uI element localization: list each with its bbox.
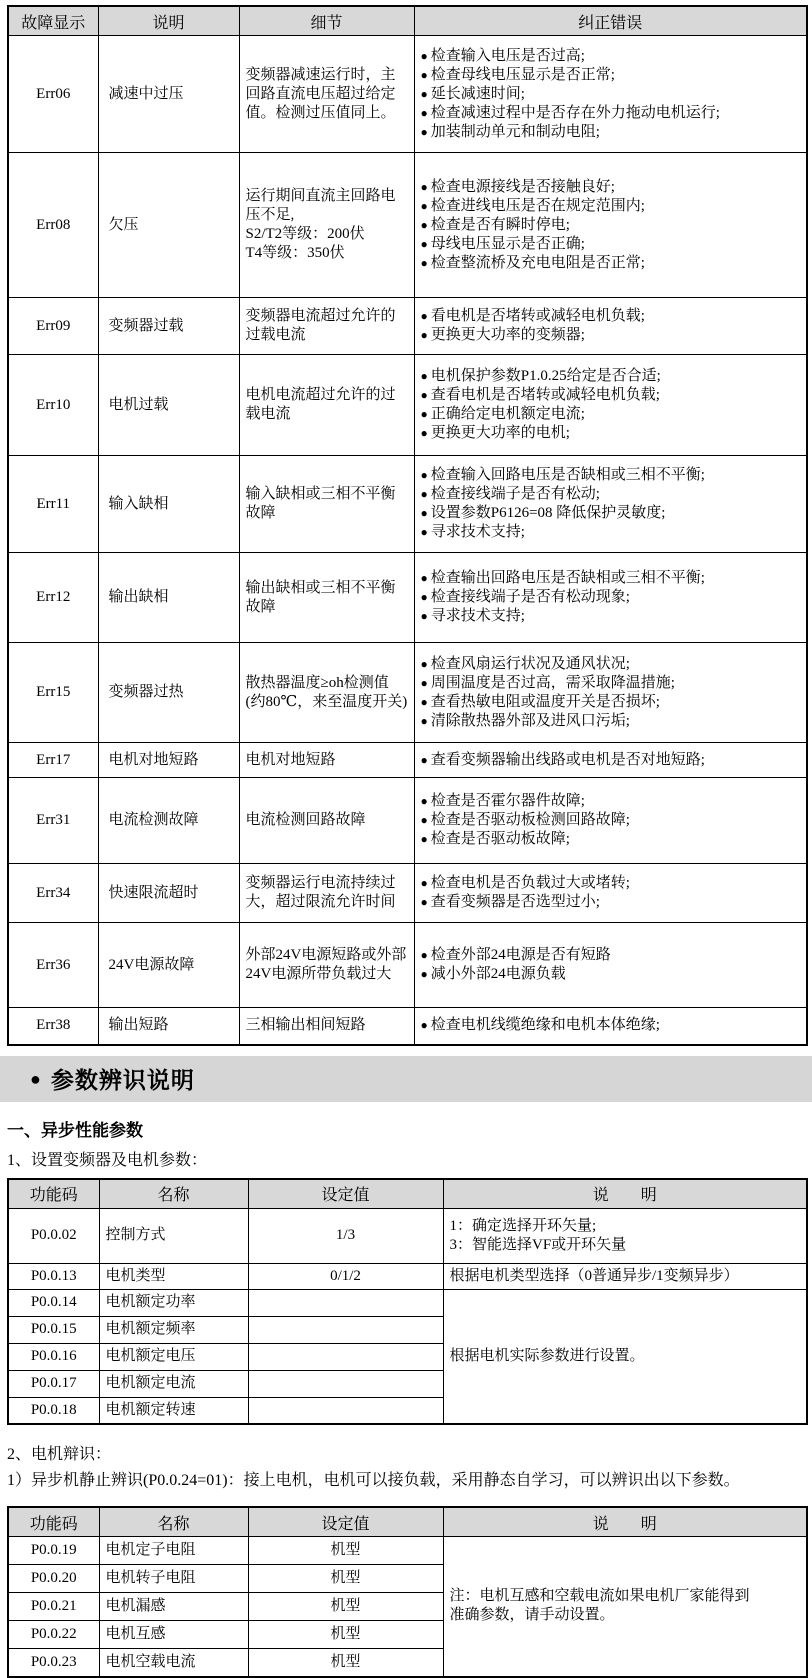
fault-detail-cell: 电机对地短路 <box>239 743 414 778</box>
fix-text: 寻求技术支持; <box>431 523 525 542</box>
bullet-icon: ● <box>421 235 428 254</box>
fault-code-cell: Err38 <box>8 1008 98 1045</box>
fix-item: ●设置参数P6126=08 降低保护灵敏度; <box>421 504 801 523</box>
fix-text: 检查是否霍尔器件故障; <box>431 792 585 811</box>
section-title: 参数辨识说明 <box>51 1062 195 1095</box>
bullet-icon: ● <box>421 424 428 443</box>
fault-detail-cell: 电机电流超过允许的过载电流 <box>239 355 414 456</box>
table-row: Err31电流检测故障电流检测回路故障●检查是否霍尔器件故障;●检查是否驱动板检… <box>8 778 807 864</box>
column-header: 说 明 <box>443 1179 807 1209</box>
fix-item: ●减小外部24电源负载 <box>421 965 801 984</box>
param-name-cell: 电机额定频率 <box>99 1316 248 1343</box>
param-note-cell: 注：电机互感和空载电流如果电机厂家能得到 准确参数，请手动设置。 <box>443 1537 807 1677</box>
fix-item: ●检查整流桥及充电电阻是否正常; <box>421 254 801 273</box>
fault-desc-cell: 电机过载 <box>98 355 239 456</box>
table-row: P0.0.19电机定子电阻机型注：电机互感和空载电流如果电机厂家能得到 准确参数… <box>8 1537 807 1565</box>
fault-fix-cell: ●检查电机线缆绝缘和电机本体绝缘; <box>414 1008 807 1045</box>
fix-item: ●更换更大功率的变频器; <box>421 326 801 345</box>
param-value-cell: 1/3 <box>248 1208 443 1263</box>
table-row: P0.0.14电机额定功率根据电机实际参数进行设置。 <box>8 1289 807 1316</box>
fix-text: 查看变频器是否选型过小; <box>431 893 600 912</box>
fix-text: 正确给定电机额定电流; <box>431 405 585 424</box>
fix-item: ●检查是否霍尔器件故障; <box>421 792 801 811</box>
bullet-icon: ● <box>421 674 428 693</box>
fix-text: 看电机是否堵转或减轻电机负载; <box>431 307 645 326</box>
fault-desc-cell: 电流检测故障 <box>98 778 239 864</box>
table-row: Err34快速限流超时变频器运行电流持续过大，超过限流允许时间●检查电机是否负载… <box>8 864 807 923</box>
fix-text: 设置参数P6126=08 降低保护灵敏度; <box>431 504 666 523</box>
param-code-cell: P0.0.17 <box>8 1370 99 1397</box>
bullet-icon: ● <box>421 712 428 731</box>
param-value-cell: 机型 <box>248 1537 443 1565</box>
param-code-cell: P0.0.16 <box>8 1343 99 1370</box>
fix-text: 检查是否有瞬时停电; <box>431 216 570 235</box>
param-name-cell: 电机互感 <box>99 1621 248 1649</box>
section-header-bar: ● 参数辨识说明 <box>0 1056 812 1102</box>
column-header: 纠正错误 <box>414 6 807 36</box>
table-row: Err09变频器过载变频器电流超过允许的过载电流●看电机是否堵转或减轻电机负载;… <box>8 298 807 355</box>
fix-item: ●周围温度是否过高，需采取降温措施; <box>421 674 801 693</box>
fix-text: 检查减速过程中是否存在外力拖动电机运行; <box>431 104 720 123</box>
fix-item: ●母线电压显示是否正确; <box>421 235 801 254</box>
bullet-icon: ● <box>421 485 428 504</box>
bullet-icon: ● <box>421 693 428 712</box>
fault-code-cell: Err10 <box>8 355 98 456</box>
fault-desc-cell: 输出短路 <box>98 1008 239 1045</box>
table-row: Err17电机对地短路电机对地短路●查看变频器输出线路或电机是否对地短路; <box>8 743 807 778</box>
bullet-icon: ● <box>421 466 428 485</box>
param-name-cell: 电机额定功率 <box>99 1289 248 1316</box>
bullet-icon: ● <box>421 386 428 405</box>
table-row: P0.0.02控制方式1/31：确定选择开环矢量; 3：智能选择VF或开环矢量 <box>8 1208 807 1263</box>
param-value-cell: 机型 <box>248 1621 443 1649</box>
param-value-cell <box>248 1397 443 1424</box>
param-code-cell: P0.0.18 <box>8 1397 99 1424</box>
fault-code-cell: Err17 <box>8 743 98 778</box>
bullet-icon: ● <box>421 965 428 984</box>
param-name-cell: 电机额定转速 <box>99 1397 248 1424</box>
fix-text: 检查输入电压是否过高; <box>431 47 585 66</box>
table-row: Err38输出短路三相输出相间短路●检查电机线缆绝缘和电机本体绝缘; <box>8 1008 807 1045</box>
fault-code-cell: Err36 <box>8 923 98 1008</box>
fix-item: ●正确给定电机额定电流; <box>421 405 801 424</box>
bullet-icon: ● <box>421 569 428 588</box>
bullet-icon: ● <box>421 326 428 345</box>
column-header: 设定值 <box>248 1179 443 1209</box>
bullet-icon: ● <box>421 588 428 607</box>
fault-detail-cell: 输入缺相或三相不平衡故障 <box>239 456 414 553</box>
fault-fix-cell: ●检查输出回路电压是否缺相或三相不平衡;●检查接线端子是否有松动现象;●寻求技术… <box>414 553 807 643</box>
param-code-cell: P0.0.15 <box>8 1316 99 1343</box>
fault-desc-cell: 输入缺相 <box>98 456 239 553</box>
bullet-icon: ● <box>421 216 428 235</box>
fix-text: 检查接线端子是否有松动; <box>431 485 600 504</box>
fix-item: ●检查电机是否负载过大或堵转; <box>421 874 801 893</box>
fault-desc-cell: 欠压 <box>98 153 239 298</box>
fix-text: 延长减速时间; <box>431 85 525 104</box>
param-name-cell: 电机转子电阻 <box>99 1565 248 1593</box>
subsection-heading: 一、异步性能参数 <box>7 1116 806 1141</box>
param-code-cell: P0.0.22 <box>8 1621 99 1649</box>
fault-desc-cell: 变频器过热 <box>98 643 239 743</box>
bullet-icon: ● <box>421 254 428 273</box>
table-row: Err3624V电源故障外部24V电源短路或外部24V电源所带负载过大●检查外部… <box>8 923 807 1008</box>
manual-page: 故障显示说明细节纠正错误Err06减速中过压变频器减速运行时，主回路直流电压超过… <box>0 0 812 1678</box>
param-value-cell: 机型 <box>248 1593 443 1621</box>
param-value-cell: 0/1/2 <box>248 1263 443 1289</box>
bullet-icon: ● <box>421 307 428 326</box>
fix-text: 更换更大功率的变频器; <box>431 326 585 345</box>
bullet-icon: ● <box>421 811 428 830</box>
fault-detail-cell: 变频器减速运行时，主回路直流电压超过给定值。检测过压值同上。 <box>239 36 414 153</box>
fault-code-cell: Err12 <box>8 553 98 643</box>
param-note-cell: 1：确定选择开环矢量; 3：智能选择VF或开环矢量 <box>443 1208 807 1263</box>
column-header: 说明 <box>98 6 239 36</box>
fault-detail-cell: 变频器运行电流持续过大，超过限流允许时间 <box>239 864 414 923</box>
bullet-icon: ● <box>421 1016 428 1035</box>
fault-desc-cell: 变频器过载 <box>98 298 239 355</box>
fix-text: 检查是否驱动板检测回路故障; <box>431 811 630 830</box>
fix-item: ●查看变频器输出线路或电机是否对地短路; <box>421 751 801 770</box>
fix-text: 寻求技术支持; <box>431 607 525 626</box>
param-name-cell: 电机定子电阻 <box>99 1537 248 1565</box>
fix-item: ●延长减速时间; <box>421 85 801 104</box>
bullet-icon: ● <box>421 197 428 216</box>
fault-fix-cell: ●检查电源接线是否接触良好;●检查进线电压是否在规定范围内;●检查是否有瞬时停电… <box>414 153 807 298</box>
bullet-icon: ● <box>421 504 428 523</box>
bullet-icon: ● <box>421 523 428 542</box>
fix-item: ●电机保护参数P1.0.25给定是否合适; <box>421 367 801 386</box>
param-table-setup: 功能码名称设定值说 明P0.0.02控制方式1/31：确定选择开环矢量; 3：智… <box>7 1178 808 1426</box>
fault-fix-cell: ●看电机是否堵转或减轻电机负载;●更换更大功率的变频器; <box>414 298 807 355</box>
fix-item: ●检查电源接线是否接触良好; <box>421 178 801 197</box>
step2-description: 1）异步机静止辨识(P0.0.24=01)：接上电机，电机可以接负载，采用静态自… <box>7 1468 806 1494</box>
bullet-icon: ● <box>421 85 428 104</box>
fault-fix-cell: ●检查风扇运行状况及通风状况;●周围温度是否过高，需采取降温措施;●查看热敏电阻… <box>414 643 807 743</box>
bullet-icon: ● <box>421 830 428 849</box>
param-name-cell: 电机额定电压 <box>99 1343 248 1370</box>
fault-detail-cell: 外部24V电源短路或外部24V电源所带负载过大 <box>239 923 414 1008</box>
fault-detail-cell: 电流检测回路故障 <box>239 778 414 864</box>
fault-fix-cell: ●检查是否霍尔器件故障;●检查是否驱动板检测回路故障;●检查是否驱动板故障; <box>414 778 807 864</box>
fix-text: 电机保护参数P1.0.25给定是否合适; <box>431 367 661 386</box>
fault-fix-cell: ●检查外部24电源是否有短路●减小外部24电源负载 <box>414 923 807 1008</box>
column-header: 功能码 <box>8 1507 99 1537</box>
param-value-cell <box>248 1289 443 1316</box>
param-code-cell: P0.0.02 <box>8 1208 99 1263</box>
fix-text: 查看电机是否堵转或减轻电机负载; <box>431 386 660 405</box>
fix-text: 减小外部24电源负载 <box>431 965 566 984</box>
param-code-cell: P0.0.23 <box>8 1649 99 1677</box>
table-row: Err12输出缺相输出缺相或三相不平衡故障●检查输出回路电压是否缺相或三相不平衡… <box>8 553 807 643</box>
bullet-icon: ● <box>421 946 428 965</box>
fix-text: 母线电压显示是否正确; <box>431 235 585 254</box>
fault-code-cell: Err06 <box>8 36 98 153</box>
fault-desc-cell: 24V电源故障 <box>98 923 239 1008</box>
bullet-icon: ● <box>421 655 428 674</box>
section-bullet-icon: ● <box>30 1070 41 1088</box>
fix-item: ●看电机是否堵转或减轻电机负载; <box>421 307 801 326</box>
column-header: 名称 <box>99 1507 248 1537</box>
table-row: Err15变频器过热散热器温度≥oh检测值(约80℃，来至温度开关)●检查风扇运… <box>8 643 807 743</box>
bullet-icon: ● <box>421 66 428 85</box>
fix-text: 检查外部24电源是否有短路 <box>431 946 611 965</box>
fix-text: 检查母线电压显示是否正常; <box>431 66 615 85</box>
fault-table: 故障显示说明细节纠正错误Err06减速中过压变频器减速运行时，主回路直流电压超过… <box>7 5 808 1046</box>
fix-text: 检查接线端子是否有松动现象; <box>431 588 630 607</box>
table-row: Err08欠压运行期间直流主回路电压不足, S2/T2等级：200伏 T4等级：… <box>8 153 807 298</box>
header-row: 功能码名称设定值说 明 <box>8 1179 807 1209</box>
fix-text: 加装制动单元和制动电阻; <box>431 123 600 142</box>
fault-code-cell: Err15 <box>8 643 98 743</box>
fix-item: ●检查输入回路电压是否缺相或三相不平衡; <box>421 466 801 485</box>
param-name-cell: 电机额定电流 <box>99 1370 248 1397</box>
fix-item: ●检查接线端子是否有松动现象; <box>421 588 801 607</box>
param-code-cell: P0.0.21 <box>8 1593 99 1621</box>
table-row: P0.0.13电机类型0/1/2根据电机类型选择（0普通异步/1变频异步） <box>8 1263 807 1289</box>
param-name-cell: 电机类型 <box>99 1263 248 1289</box>
column-header: 名称 <box>99 1179 248 1209</box>
bullet-icon: ● <box>421 874 428 893</box>
fault-fix-cell: ●检查输入回路电压是否缺相或三相不平衡;●检查接线端子是否有松动;●设置参数P6… <box>414 456 807 553</box>
fix-text: 查看热敏电阻或温度开关是否损坏; <box>431 693 660 712</box>
fix-item: ●检查是否驱动板检测回路故障; <box>421 811 801 830</box>
fault-detail-cell: 三相输出相间短路 <box>239 1008 414 1045</box>
param-code-cell: P0.0.19 <box>8 1537 99 1565</box>
step1-label: 1、设置变频器及电机参数： <box>7 1147 806 1170</box>
column-header: 故障显示 <box>8 6 98 36</box>
fix-item: ●寻求技术支持; <box>421 523 801 542</box>
param-name-cell: 电机漏感 <box>99 1593 248 1621</box>
fault-fix-cell: ●电机保护参数P1.0.25给定是否合适;●查看电机是否堵转或减轻电机负载;●正… <box>414 355 807 456</box>
param-value-cell <box>248 1370 443 1397</box>
fix-item: ●清除散热器外部及进风口污垢; <box>421 712 801 731</box>
table-row: Err06减速中过压变频器减速运行时，主回路直流电压超过给定值。检测过压值同上。… <box>8 36 807 153</box>
fault-code-cell: Err08 <box>8 153 98 298</box>
fix-text: 检查电机线缆绝缘和电机本体绝缘; <box>431 1016 660 1035</box>
fault-desc-cell: 电机对地短路 <box>98 743 239 778</box>
bullet-icon: ● <box>421 47 428 66</box>
fix-item: ●查看变频器是否选型过小; <box>421 893 801 912</box>
fix-text: 检查进线电压是否在规定范围内; <box>431 197 645 216</box>
param-value-cell: 机型 <box>248 1565 443 1593</box>
fault-detail-cell: 运行期间直流主回路电压不足, S2/T2等级：200伏 T4等级：350伏 <box>239 153 414 298</box>
fix-item: ●检查母线电压显示是否正常; <box>421 66 801 85</box>
bullet-icon: ● <box>421 893 428 912</box>
fault-fix-cell: ●查看变频器输出线路或电机是否对地短路; <box>414 743 807 778</box>
fault-desc-cell: 输出缺相 <box>98 553 239 643</box>
fix-text: 检查电机是否负载过大或堵转; <box>431 874 630 893</box>
fault-code-cell: Err09 <box>8 298 98 355</box>
bullet-icon: ● <box>421 123 428 142</box>
param-note-cell: 根据电机类型选择（0普通异步/1变频异步） <box>443 1263 807 1289</box>
fix-text: 检查风扇运行状况及通风状况; <box>431 655 630 674</box>
param-name-cell: 控制方式 <box>99 1208 248 1263</box>
fix-item: ●检查输出回路电压是否缺相或三相不平衡; <box>421 569 801 588</box>
fix-text: 清除散热器外部及进风口污垢; <box>431 712 630 731</box>
fault-desc-cell: 减速中过压 <box>98 36 239 153</box>
fix-item: ●检查外部24电源是否有短路 <box>421 946 801 965</box>
fix-text: 检查输入回路电压是否缺相或三相不平衡; <box>431 466 705 485</box>
fix-item: ●检查减速过程中是否存在外力拖动电机运行; <box>421 104 801 123</box>
column-header: 功能码 <box>8 1179 99 1209</box>
param-code-cell: P0.0.14 <box>8 1289 99 1316</box>
fix-item: ●检查电机线缆绝缘和电机本体绝缘; <box>421 1016 801 1035</box>
column-header: 设定值 <box>248 1507 443 1537</box>
step2-label: 2、电机辩识： <box>7 1441 806 1464</box>
fix-text: 周围温度是否过高，需采取降温措施; <box>431 674 675 693</box>
param-code-cell: P0.0.20 <box>8 1565 99 1593</box>
param-code-cell: P0.0.13 <box>8 1263 99 1289</box>
bullet-icon: ● <box>421 405 428 424</box>
fault-code-cell: Err34 <box>8 864 98 923</box>
header-row: 故障显示说明细节纠正错误 <box>8 6 807 36</box>
fault-detail-cell: 变频器电流超过允许的过载电流 <box>239 298 414 355</box>
fix-item: ●检查进线电压是否在规定范围内; <box>421 197 801 216</box>
bullet-icon: ● <box>421 792 428 811</box>
fault-detail-cell: 输出缺相或三相不平衡故障 <box>239 553 414 643</box>
fix-item: ●检查接线端子是否有松动; <box>421 485 801 504</box>
table-row: Err11输入缺相输入缺相或三相不平衡故障●检查输入回路电压是否缺相或三相不平衡… <box>8 456 807 553</box>
bullet-icon: ● <box>421 607 428 626</box>
fault-code-cell: Err11 <box>8 456 98 553</box>
fix-item: ●加装制动单元和制动电阻; <box>421 123 801 142</box>
fix-item: ●寻求技术支持; <box>421 607 801 626</box>
fix-text: 检查输出回路电压是否缺相或三相不平衡; <box>431 569 705 588</box>
fix-text: 更换更大功率的电机; <box>431 424 570 443</box>
fault-fix-cell: ●检查电机是否负载过大或堵转;●查看变频器是否选型过小; <box>414 864 807 923</box>
fault-detail-cell: 散热器温度≥oh检测值(约80℃，来至温度开关) <box>239 643 414 743</box>
fix-text: 检查电源接线是否接触良好; <box>431 178 615 197</box>
bullet-icon: ● <box>421 751 428 770</box>
bullet-icon: ● <box>421 367 428 386</box>
fix-item: ●查看热敏电阻或温度开关是否损坏; <box>421 693 801 712</box>
fix-text: 查看变频器输出线路或电机是否对地短路; <box>431 751 705 770</box>
bullet-icon: ● <box>421 104 428 123</box>
fix-item: ●检查输入电压是否过高; <box>421 47 801 66</box>
fix-item: ●更换更大功率的电机; <box>421 424 801 443</box>
fault-fix-cell: ●检查输入电压是否过高;●检查母线电压显示是否正常;●延长减速时间;●检查减速过… <box>414 36 807 153</box>
param-name-cell: 电机空载电流 <box>99 1649 248 1677</box>
param-table-identify: 功能码名称设定值说 明P0.0.19电机定子电阻机型注：电机互感和空载电流如果电… <box>7 1506 808 1678</box>
header-row: 功能码名称设定值说 明 <box>8 1507 807 1537</box>
column-header: 细节 <box>239 6 414 36</box>
bullet-icon: ● <box>421 178 428 197</box>
fault-desc-cell: 快速限流超时 <box>98 864 239 923</box>
fix-item: ●检查是否有瞬时停电; <box>421 216 801 235</box>
table-row: Err10电机过载电机电流超过允许的过载电流●电机保护参数P1.0.25给定是否… <box>8 355 807 456</box>
fix-text: 检查整流桥及充电电阻是否正常; <box>431 254 645 273</box>
param-note-cell: 根据电机实际参数进行设置。 <box>443 1289 807 1424</box>
fix-item: ●检查是否驱动板故障; <box>421 830 801 849</box>
param-value-cell <box>248 1343 443 1370</box>
fix-item: ●查看电机是否堵转或减轻电机负载; <box>421 386 801 405</box>
param-value-cell <box>248 1316 443 1343</box>
fix-item: ●检查风扇运行状况及通风状况; <box>421 655 801 674</box>
param-value-cell: 机型 <box>248 1649 443 1677</box>
column-header: 说 明 <box>443 1507 807 1537</box>
fault-code-cell: Err31 <box>8 778 98 864</box>
fix-text: 检查是否驱动板故障; <box>431 830 570 849</box>
